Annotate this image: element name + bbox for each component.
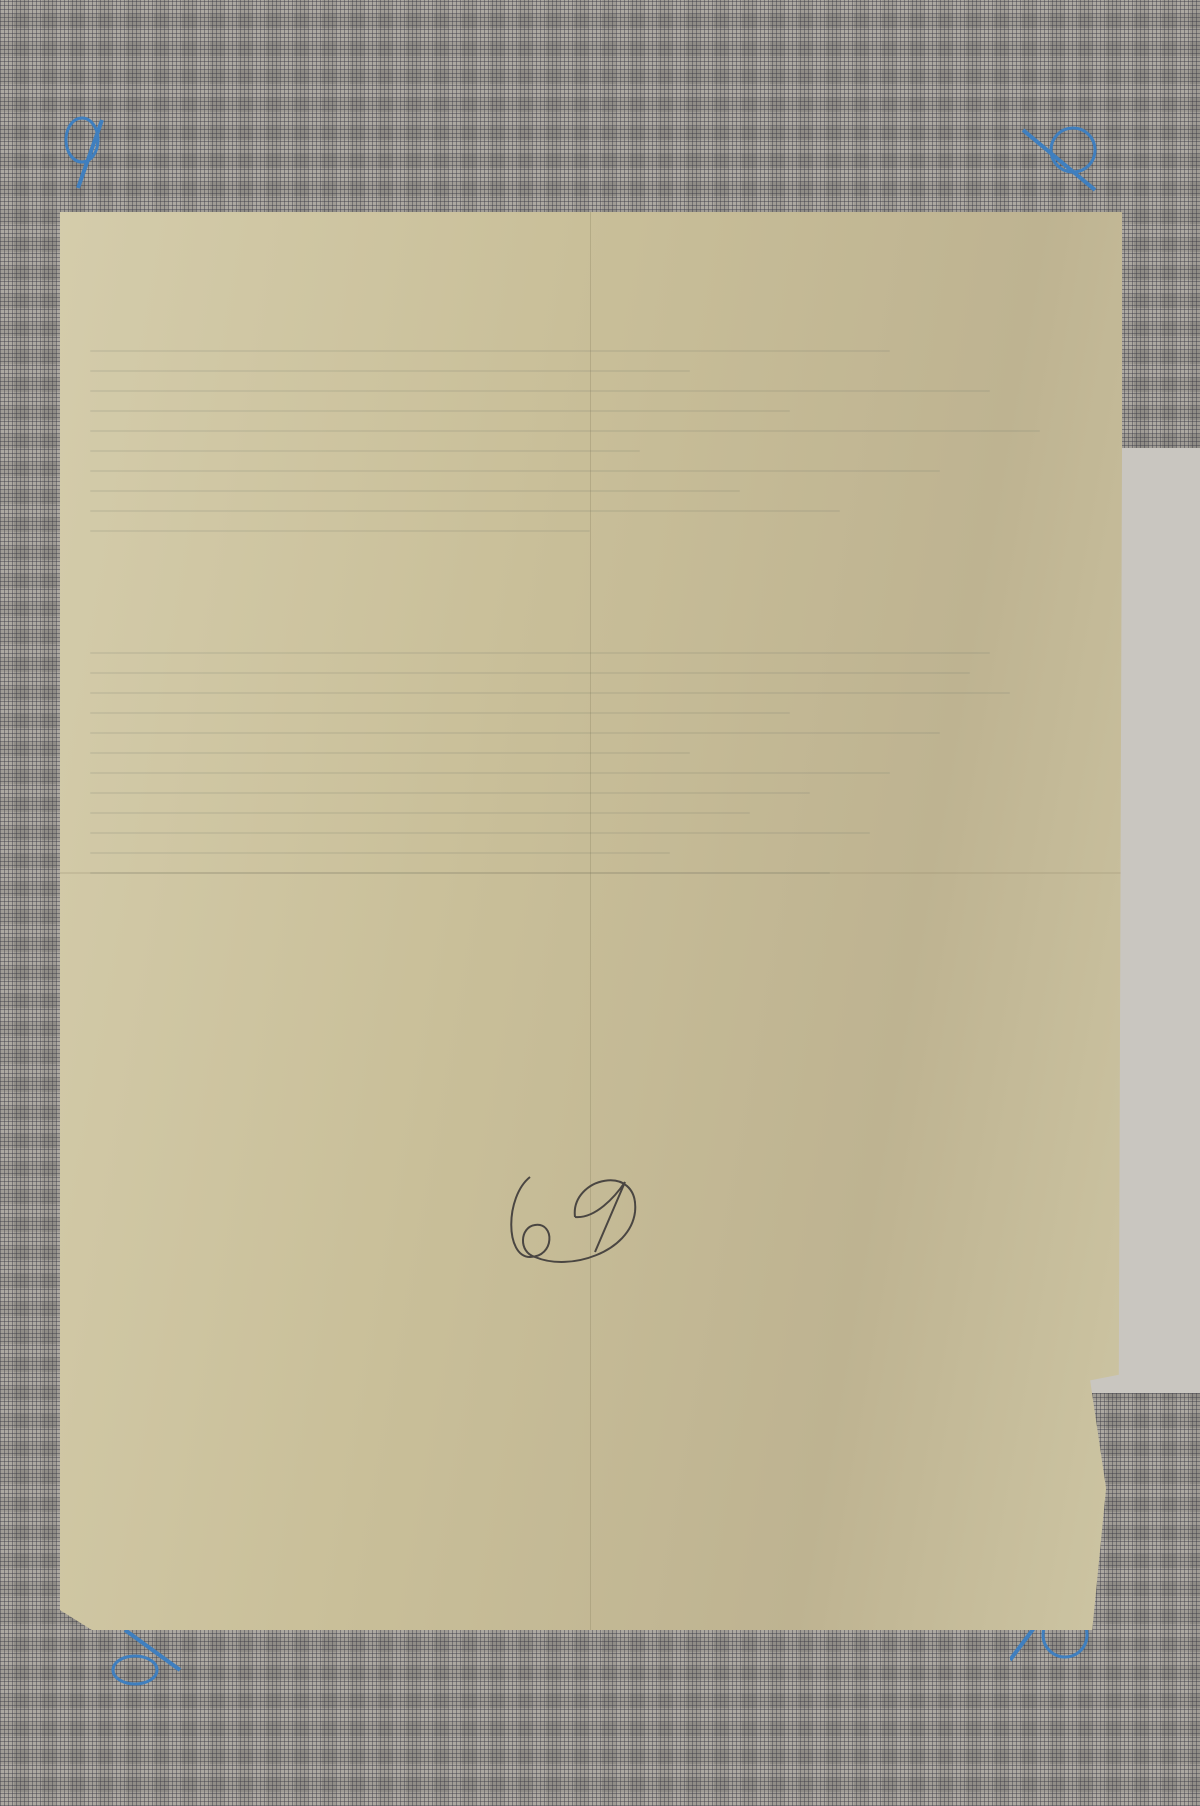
- blue-pencil-9-icon: [1015, 110, 1105, 200]
- circled-page-number: 69: [500, 1157, 650, 1277]
- blue-pencil-9-icon: [40, 100, 130, 190]
- corner-mark-bottom-left: [95, 1625, 185, 1715]
- blue-pencil-9-icon: [95, 1625, 185, 1715]
- show-through-text: [90, 332, 1090, 892]
- paper-sheet: 69: [60, 212, 1122, 1630]
- corner-mark-top-right: [1015, 110, 1105, 200]
- corner-mark-top-left: [40, 100, 130, 190]
- pencil-circle-icon: [500, 1157, 650, 1277]
